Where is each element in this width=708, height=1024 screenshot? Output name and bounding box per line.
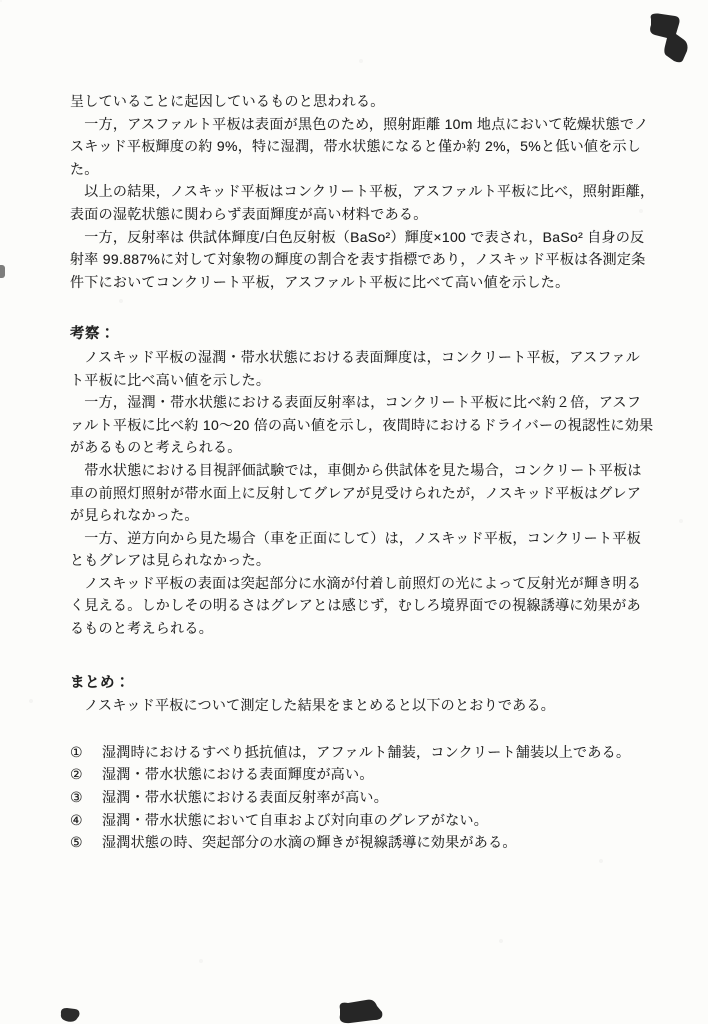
text-line: く見える。しかしその明るさはグレアとは感じず，むしろ境界面での視線誘導に効果があ <box>70 594 654 617</box>
text-line: 射率 99.887%に対して対象物の輝度の割合を表す指標であり，ノスキッド平板は… <box>70 248 654 271</box>
text-line: ノスキッド平板の表面は突起部分に水滴が付着し前照灯の光によって反射光が輝き明る <box>70 572 654 595</box>
text-line: があるものと考えられる。 <box>70 436 654 459</box>
scan-mark-left-edge <box>0 264 7 279</box>
text-line: が見られなかった。 <box>70 504 654 527</box>
text-line: 以上の結果，ノスキッド平板はコンクリート平板，アスファルト平板に比べ，照射距離， <box>70 180 654 203</box>
text-line: 一方，湿潤・帯水状態における表面反射率は，コンクリート平板に比べ約２倍，アスフ <box>70 391 654 414</box>
summary-list-item: ⑤ 湿潤状態の時、突起部分の水滴の輝きが視線誘導に効果がある。 <box>70 831 654 854</box>
text-line: スキッド平板輝度の約 9%，特に湿潤，帯水状態になると僅か約 2%，5%と低い値… <box>70 135 654 158</box>
text-line: ト平板に比べ高い値を示した。 <box>70 369 654 392</box>
list-item-text: 湿潤時におけるすべり抵抗値は，アファルト舗装，コンクリート舗装以上である。 <box>102 741 630 764</box>
text-line: 一方、逆方向から見た場合（車を正面にして）は，ノスキッド平板，コンクリート平板 <box>70 527 654 550</box>
text-line: 車の前照灯照射が帯水面上に反射してグレアが見受けられたが，ノスキッド平板はグレア <box>70 482 654 505</box>
text-line: 件下においてコンクリート平板，アスファルト平板に比べて高い値を示した。 <box>70 271 654 294</box>
text-line: 呈していることに起因しているものと思われる。 <box>70 90 654 113</box>
scan-noise-speckles <box>0 0 2 2</box>
text-line: た。 <box>70 158 654 181</box>
text-line: ァルト平板に比べ約 10～20 倍の高い値を示し，夜間時におけるドライバーの視認… <box>70 414 654 437</box>
list-item-text: 湿潤・帯水状態において自車および対向車のグレアがない。 <box>102 809 488 832</box>
scan-mark-bottom-left <box>58 1005 82 1023</box>
text-line: 一方，反射率は 供試体輝度/白色反射板（BaSo²）輝度×100 で表され，Ba… <box>70 226 654 249</box>
scan-mark-top-right <box>648 12 692 64</box>
summary-list-item: ④ 湿潤・帯水状態において自車および対向車のグレアがない。 <box>70 809 654 832</box>
scan-mark-bottom-center <box>336 998 384 1024</box>
list-number: ⑤ <box>70 831 88 854</box>
document-text-column: 呈していることに起因しているものと思われる。 一方，アスファルト平板は表面が黒色… <box>70 90 654 854</box>
text-line: ともグレアは見られなかった。 <box>70 549 654 572</box>
text-line: 表面の湿乾状態に関わらず表面輝度が高い材料である。 <box>70 203 654 226</box>
text-line: ノスキッド平板の湿潤・帯水状態における表面輝度は，コンクリート平板，アスファル <box>70 346 654 369</box>
list-item-text: 湿潤・帯水状態における表面輝度が高い。 <box>102 763 374 786</box>
section-heading-kousatsu: 考察： <box>70 323 654 346</box>
list-item-text: 湿潤・帯水状態における表面反射率が高い。 <box>102 786 388 809</box>
summary-list-item: ② 湿潤・帯水状態における表面輝度が高い。 <box>70 763 654 786</box>
text-line: るものと考えられる。 <box>70 617 654 640</box>
scanned-document-page: 呈していることに起因しているものと思われる。 一方，アスファルト平板は表面が黒色… <box>0 0 708 1024</box>
summary-list: ① 湿潤時におけるすべり抵抗値は，アファルト舗装，コンクリート舗装以上である。 … <box>70 741 654 854</box>
text-line: 一方，アスファルト平板は表面が黒色のため，照射距離 10m 地点において乾燥状態… <box>70 113 654 136</box>
list-number: ④ <box>70 809 88 832</box>
section-heading-matome: まとめ： <box>70 672 654 695</box>
summary-list-item: ③ 湿潤・帯水状態における表面反射率が高い。 <box>70 786 654 809</box>
summary-list-item: ① 湿潤時におけるすべり抵抗値は，アファルト舗装，コンクリート舗装以上である。 <box>70 741 654 764</box>
list-number: ② <box>70 763 88 786</box>
list-number: ③ <box>70 786 88 809</box>
list-number: ① <box>70 741 88 764</box>
text-line: 帯水状態における目視評価試験では，車側から供試体を見た場合，コンクリート平板は <box>70 459 654 482</box>
text-line: ノスキッド平板について測定した結果をまとめると以下のとおりである。 <box>70 694 654 717</box>
list-item-text: 湿潤状態の時、突起部分の水滴の輝きが視線誘導に効果がある。 <box>102 831 517 854</box>
